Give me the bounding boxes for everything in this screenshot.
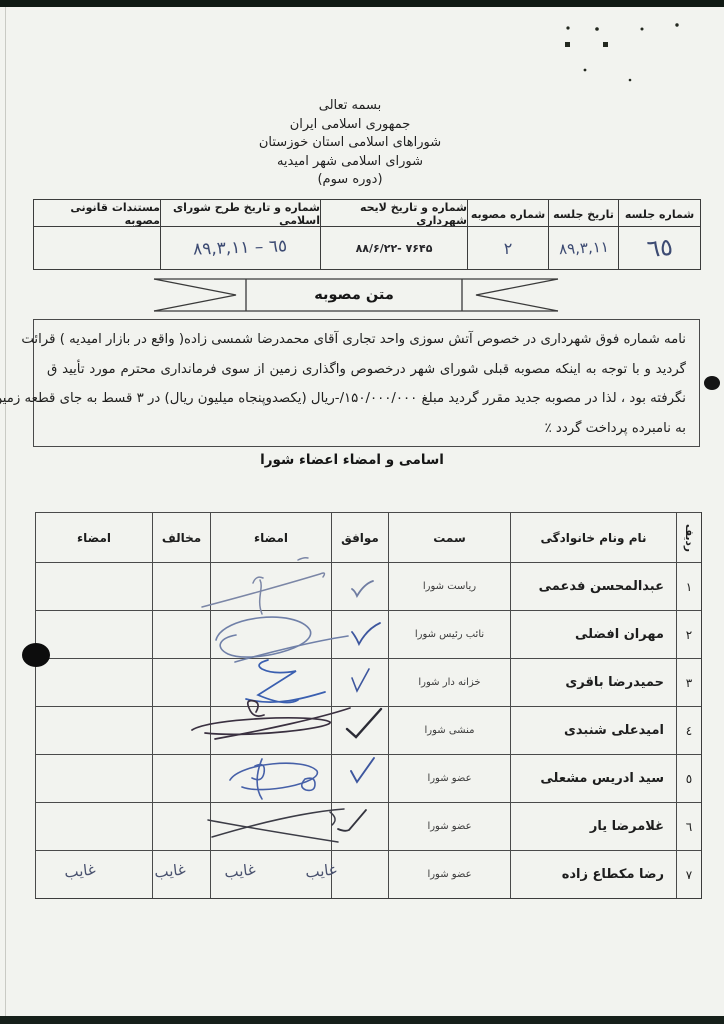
scan-edge-bottom <box>0 1016 724 1024</box>
resolution-text-title: متن مصوبه <box>246 277 462 313</box>
opposed-cell <box>152 562 210 610</box>
agree-cell <box>331 562 388 610</box>
member-row-number: ٧ <box>676 850 701 898</box>
agree-cell <box>331 754 388 802</box>
meta-header-session-date: تاریخ جلسه <box>548 199 618 226</box>
col-header-opposed: مخالف <box>152 512 210 562</box>
meta-value-session-no: ٦٥ <box>645 233 674 264</box>
members-section-heading: اسامی و امضاء اعضاء شورا <box>0 452 714 468</box>
member-row-number: ٢ <box>676 610 701 658</box>
member-position: عضو شورا <box>388 754 510 802</box>
agree-cell <box>331 802 388 850</box>
signature-cell-2 <box>35 610 152 658</box>
member-row-number: ٣ <box>676 658 701 706</box>
member-name: عبدالمحسن فدعمی <box>510 562 676 610</box>
member-name: غلامرضا یار <box>510 802 676 850</box>
col-header-position: سمت <box>388 512 510 562</box>
opposed-cell <box>152 706 210 754</box>
resolution-text-box: نامه شماره فوق شهرداری در خصوص آتش سوزی … <box>33 319 700 447</box>
absent-note-agree: غایب <box>290 853 353 889</box>
col-header-signature-2: امضاء <box>35 512 152 562</box>
letterhead-line-city-council: شورای اسلامی شهر امیدیه <box>0 153 712 172</box>
members-signature-table: ردیف نام ونام خانوادگی سمت موافق امضاء م… <box>35 512 702 899</box>
meta-value-resolution-no: ٢ <box>504 239 513 258</box>
letterhead-line-term: (دوره سوم) <box>0 171 712 190</box>
member-position: خزانه دار شورا <box>388 658 510 706</box>
member-name: مهران افضلی <box>510 610 676 658</box>
signature-cell-2 <box>35 562 152 610</box>
ribbon-right-chevron <box>476 279 558 311</box>
signature-cell <box>210 706 331 754</box>
meta-header-bill-no-date: شماره و تاریخ لایحه شهرداری <box>320 199 467 226</box>
member-row-number: ٤ <box>676 706 701 754</box>
resolution-line: نگرفته بود ، لذا در مصوبه جدید مقرر گردی… <box>47 384 686 414</box>
agree-cell <box>331 706 388 754</box>
meta-header-plan-no-date: شماره و تاریخ طرح شورای اسلامی <box>160 199 320 226</box>
signature-cell <box>210 802 331 850</box>
letterhead-line-province-councils: شوراهای اسلامی استان خوزستان <box>0 134 712 153</box>
signature-cell-2 <box>35 802 152 850</box>
letterhead-line-country: جمهوری اسلامی ایران <box>0 116 712 135</box>
signature-cell-2 <box>35 754 152 802</box>
member-position: ریاست شورا <box>388 562 510 610</box>
member-name: امیدعلی شنبدی <box>510 706 676 754</box>
meta-header-legal-docs: مستندات قانونی مصوبه <box>33 199 160 226</box>
member-position: منشی شورا <box>388 706 510 754</box>
member-name: حمیدرضا باقری <box>510 658 676 706</box>
signature-cell-2 <box>35 706 152 754</box>
meta-header-session-no: شماره جلسه <box>618 199 700 226</box>
member-position: عضو شورا <box>388 802 510 850</box>
scan-edge-top <box>0 0 724 7</box>
member-position: نائب رئیس شورا <box>388 610 510 658</box>
agree-cell <box>331 658 388 706</box>
opposed-cell <box>152 754 210 802</box>
scanned-council-document: بسمه تعالی جمهوری اسلامی ایران شوراهای ا… <box>0 0 724 1024</box>
resolution-line: گردید و با توجه به اینکه مصوبه قبلی شورا… <box>47 355 686 385</box>
letterhead: بسمه تعالی جمهوری اسلامی ایران شوراهای ا… <box>0 97 712 190</box>
opposed-cell <box>152 802 210 850</box>
signature-cell <box>210 658 331 706</box>
meta-value-legal-docs-empty <box>33 226 160 269</box>
opposed-cell <box>152 610 210 658</box>
member-position: عضو شورا <box>388 850 510 898</box>
letterhead-line-basmala: بسمه تعالی <box>0 97 712 116</box>
member-row-number: ١ <box>676 562 701 610</box>
meta-header-resolution-no: شماره مصوبه <box>467 199 548 226</box>
col-header-agree: موافق <box>331 512 388 562</box>
resolution-line: نامه شماره فوق شهرداری در خصوص آتش سوزی … <box>47 325 686 355</box>
opposed-cell <box>152 658 210 706</box>
meta-value-bill-no-date: ۷۶۴۵ -۸۸/۶/۲۲ <box>356 242 433 255</box>
signature-cell <box>210 754 331 802</box>
member-row-number: ٥ <box>676 754 701 802</box>
meta-value-session-date: ٨٩,٣,١١ <box>558 238 609 259</box>
member-name: رضا مکطاع زاده <box>510 850 676 898</box>
signature-cell-2 <box>35 658 152 706</box>
meta-value-plan-no-date: ٦٥ – ٨٩,٣,١١ <box>193 236 288 259</box>
col-header-signature: امضاء <box>210 512 331 562</box>
ribbon-left-chevron <box>154 279 236 311</box>
hole-punch-mark-right <box>704 376 720 390</box>
signature-cell <box>210 610 331 658</box>
member-name: سید ادریس مشعلی <box>510 754 676 802</box>
col-header-full-name: نام ونام خانوادگی <box>510 512 676 562</box>
agree-cell <box>331 610 388 658</box>
absent-note-opposed: غایب <box>139 853 202 889</box>
col-header-row-number: ردیف <box>683 524 695 552</box>
resolution-line: به نامبرده پرداخت گردد ٪ <box>47 414 686 444</box>
scan-specks <box>565 23 679 81</box>
member-row-number: ٦ <box>676 802 701 850</box>
signature-cell <box>210 562 331 610</box>
resolution-meta-table: شماره جلسه تاریخ جلسه شماره مصوبه شماره … <box>33 199 701 270</box>
